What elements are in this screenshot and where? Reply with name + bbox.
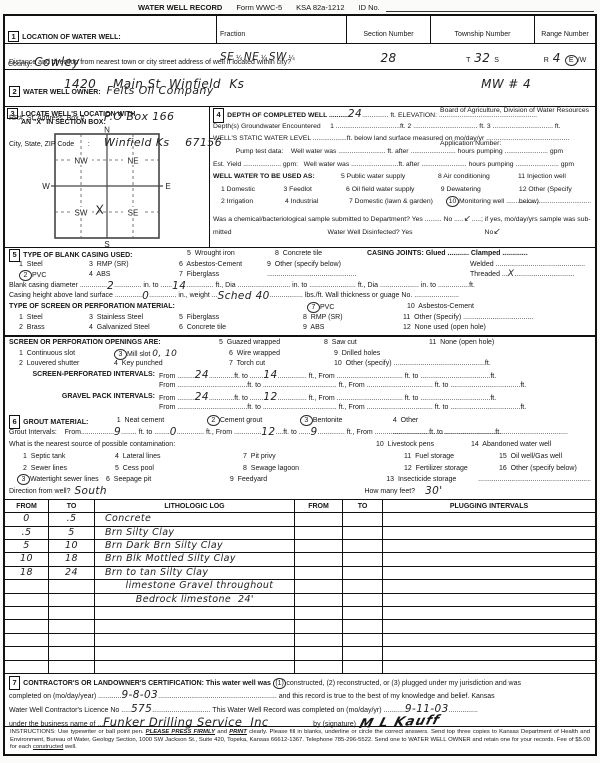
compass-e-label: E bbox=[165, 182, 170, 191]
quadrant-sw-label: SW bbox=[75, 209, 88, 218]
plug-from-header: FROM bbox=[295, 500, 343, 513]
casing-joint-threaded: Threaded ... bbox=[470, 271, 508, 278]
log-row: 1824Brn to tan Silty Clay bbox=[5, 567, 595, 580]
township-value: 32 bbox=[474, 51, 490, 65]
log-row: limestone Gravel throughout bbox=[5, 580, 595, 593]
contam-option-15: 15 Oil well/Gas well bbox=[499, 451, 562, 463]
mill-slot-size-value: 0, 10 bbox=[152, 349, 177, 359]
section5-casing: 5TYPE OF BLANK CASING USED:5 Wrought iro… bbox=[5, 248, 595, 336]
statute-ref: KSA 82a-1212 bbox=[296, 3, 344, 12]
and-text: and bbox=[215, 729, 229, 735]
screen-interval-to-value: 14 bbox=[263, 369, 277, 381]
compass-s-label: S bbox=[104, 240, 109, 248]
casing-option-5: 5 Wrought iron bbox=[187, 249, 275, 260]
gravel-pack-from-value: 24 bbox=[195, 391, 209, 403]
disinfected-no-mark: ↙ bbox=[493, 227, 501, 237]
casing-height-label: Casing height above land surface .......… bbox=[9, 291, 142, 302]
casing-option-3: 3 RMP (SR) bbox=[89, 260, 179, 271]
contam-option-5: 5 Cess pool bbox=[115, 463, 243, 475]
section-number-cell: Section Number 28 bbox=[347, 16, 431, 43]
grout-m3: ....ft. to ...... bbox=[275, 427, 310, 439]
openings-option-5: 5 Guazed wrapped bbox=[219, 338, 324, 349]
press-firmly-text: PLEASE PRESS FIRMLY bbox=[146, 729, 215, 735]
certification-line1: constructed, (2) reconstructed, or (3) p… bbox=[286, 680, 521, 687]
use-option-6: 6 Oil field water supply bbox=[346, 184, 441, 196]
log-row bbox=[5, 634, 595, 647]
range-label: Range Number bbox=[538, 31, 592, 38]
feet-value: 30' bbox=[415, 486, 442, 498]
screen-option-7-label: PVC bbox=[320, 304, 334, 311]
log-row bbox=[5, 620, 595, 633]
casing-weight-value: Sched 40 bbox=[218, 291, 270, 302]
id-no-blank bbox=[386, 3, 594, 12]
sp-from: From ......... bbox=[159, 373, 195, 380]
grout-interval-1-to: 0 bbox=[170, 427, 177, 439]
screen-openings-section: SCREEN OR PERFORATION OPENINGS ARE:5 Gua… bbox=[5, 336, 595, 415]
range-r: R bbox=[544, 57, 549, 64]
screen-intervals-blank-line: From ...................................… bbox=[159, 381, 526, 392]
grout-m1: ........ ft. to ........ bbox=[121, 427, 170, 439]
log-row bbox=[5, 607, 595, 620]
use-option-10-circled: 10 bbox=[446, 196, 459, 207]
sample-question-cont: .....; if yes, mo/day/yrs sample was sub… bbox=[472, 216, 591, 223]
contam-option-6: 6 Seepage pit bbox=[106, 474, 230, 486]
log-to-header: TO bbox=[49, 500, 95, 513]
contam-option-16: 16 Other (specify below) bbox=[499, 463, 577, 475]
form-title: WATER WELL RECORD bbox=[138, 3, 222, 12]
water-well-record-form: WATER WELL RECORD Form WWC-5 KSA 82a-121… bbox=[0, 0, 600, 756]
openings-option-7: 7 Torch cut bbox=[229, 359, 334, 370]
contam-option-7: 7 Pit privy bbox=[243, 451, 383, 463]
completed-date-value: 9-8-03 bbox=[121, 689, 158, 701]
casing-depth-value: 14 bbox=[172, 281, 186, 292]
log-row bbox=[5, 661, 595, 674]
casing-option-6: 6 Asbestos-Cement bbox=[179, 260, 267, 271]
certification-title: CONTRACTOR'S OR LANDOWNER'S CERTIFICATIO… bbox=[23, 680, 273, 687]
casing-diameter-label: Blank casing diameter .............. bbox=[9, 281, 107, 292]
gravel-pack-to-value: 12 bbox=[263, 391, 277, 403]
casing-diameter-value: 2 bbox=[107, 281, 114, 292]
section-number-label: Section Number bbox=[350, 31, 427, 38]
log-row: 510Brn Dark Brn Silty Clay bbox=[5, 540, 595, 553]
screen-option-7-circled: 7 bbox=[307, 302, 320, 313]
completed-on-label: completed on (mo/day/year) ............ bbox=[9, 693, 121, 700]
use-option-11: 11 Injection well bbox=[518, 171, 566, 183]
record-date-dots: ............... bbox=[449, 707, 478, 714]
record-completed-label: .............................. This Wate… bbox=[152, 707, 405, 714]
openings-option-3-label: Mill slot bbox=[127, 351, 150, 358]
owner-city-value: Winfield Ks 67156 bbox=[104, 136, 222, 149]
contam-option-3-label: Watertight sewer lines bbox=[30, 476, 99, 483]
use-option-12: 12 Other (Specify below) bbox=[519, 184, 592, 196]
gp-mid: .............ft. to ....... bbox=[209, 395, 263, 402]
use-option-10-label: Monitoring well ........................… bbox=[459, 198, 591, 205]
contam-option-11: 11 Fuel storage bbox=[404, 451, 499, 463]
casing-title: TYPE OF BLANK CASING USED: bbox=[23, 252, 132, 259]
sample-question-end: mitted bbox=[213, 229, 232, 236]
sp-tail: ............... ft., From ..............… bbox=[278, 373, 497, 380]
section7-certification: 7CONTRACTOR'S OR LANDOWNER'S CERTIFICATI… bbox=[5, 674, 595, 727]
contam-option-9: 9 Feedyard bbox=[230, 474, 365, 486]
form-number: Form WWC-5 bbox=[236, 3, 282, 12]
certification-line2: ........................................… bbox=[158, 693, 495, 700]
gp-tail: ............... ft., From ..............… bbox=[278, 395, 497, 402]
licence-number-value: 575 bbox=[131, 703, 152, 715]
openings-option-11: 11 None (open hole) bbox=[429, 338, 494, 349]
grout-interval-1-from: 9 bbox=[114, 427, 121, 439]
township-s: S bbox=[494, 57, 499, 64]
wall-thickness-label: ................. lbs./ft. Wall thicknes… bbox=[270, 291, 459, 302]
section1-location: 1LOCATION OF WATER WELL: County: Cowley … bbox=[5, 16, 595, 44]
grout-option-4: 4 Other ................................… bbox=[393, 415, 591, 427]
owner-name-value: Felts Oil Company bbox=[107, 84, 214, 97]
openings-option-9: 9 Drilled holes bbox=[334, 349, 380, 360]
screen-option-10: 10 Asbestos-Cement bbox=[407, 302, 474, 313]
contam-option-8: 8 Sewage lagoon bbox=[243, 463, 383, 475]
log-row bbox=[5, 647, 595, 660]
direction-value: South bbox=[70, 486, 364, 498]
casing-option-1: 1 Steel bbox=[19, 260, 89, 271]
use-option-2: 2 Irrigation bbox=[213, 196, 285, 208]
grout-option-2-label: Cement grout bbox=[220, 417, 262, 424]
section6-grout: 6GROUT MATERIAL:1 Neat cement2Cement gro… bbox=[5, 414, 595, 500]
contam-option-1: 1 Septic tank bbox=[9, 451, 115, 463]
instructions-text: INSTRUCTIONS: Use typewriter or ball poi… bbox=[10, 729, 146, 735]
openings-title: SCREEN OR PERFORATION OPENINGS ARE: bbox=[9, 338, 219, 349]
threaded-dots: ............................... bbox=[514, 271, 574, 278]
application-number-label: Application Number: bbox=[440, 138, 589, 149]
contam-option-10: 10 Livestock pens bbox=[376, 439, 471, 451]
casing-other-blank: ........................................… bbox=[267, 270, 382, 281]
range-cell: Range Number R 4 E/W bbox=[535, 16, 595, 43]
quadrant-se-label: SE bbox=[128, 209, 139, 218]
agency-name: Board of Agriculture, Division of Water … bbox=[440, 105, 589, 116]
screen-option-11: 11 Other (Specify) .....................… bbox=[403, 313, 533, 324]
use-option-5: 5 Public water supply bbox=[341, 171, 438, 183]
disinfected-question: Water Well Disinfected? Yes bbox=[232, 229, 413, 236]
screen-option-5: 5 Fiberglass bbox=[179, 313, 303, 324]
use-option-1: 1 Domestic bbox=[213, 184, 284, 196]
business-name-value: Funker Drilling Service Inc bbox=[103, 717, 313, 729]
instructions-block: INSTRUCTIONS: Use typewriter or ball poi… bbox=[5, 727, 595, 754]
gp-from: From ......... bbox=[159, 395, 195, 402]
constructed-text: constructed bbox=[33, 744, 63, 750]
sample-no-mark: ↙ bbox=[464, 214, 472, 224]
openings-option-1: 1 Continuous slot bbox=[9, 349, 114, 360]
gravel-pack-label: GRAVEL PACK INTERVALS: bbox=[9, 392, 159, 403]
casing-option-2-label: PVC bbox=[32, 272, 46, 279]
plug-to-header: TO bbox=[343, 500, 383, 513]
openings-option-2: 2 Louvered shutter bbox=[9, 359, 114, 370]
contam-option-14: 14 Abandoned water well bbox=[471, 439, 551, 451]
contam-other-blank: ........................................… bbox=[478, 474, 591, 486]
use-option-8: 8 Air conditioning bbox=[438, 171, 518, 183]
range-value: 4 bbox=[553, 51, 561, 65]
grout-m4: .............. ft., From ...............… bbox=[318, 427, 502, 439]
sample-question: Was a chemical/bacteriological sample su… bbox=[213, 216, 464, 223]
section2-owner: 2WATER WELL OWNER: Felts Oil Company RR#… bbox=[5, 70, 595, 107]
casing-option-7: 7 Fiberglass bbox=[179, 270, 267, 281]
form-title-bar: WATER WELL RECORD Form WWC-5 KSA 82a-121… bbox=[0, 0, 600, 13]
owner-address-label: RR#, St. Address, Box # : bbox=[9, 115, 104, 122]
use-option-3: 3 Feedlot bbox=[284, 184, 347, 196]
casing-height-value: 0 bbox=[142, 291, 149, 302]
use-option-7: 7 Domestic (lawn & garden) bbox=[349, 196, 446, 208]
direction-label: Direction from well? bbox=[9, 486, 70, 498]
lithologic-log-table: FROM TO LITHOLOGIC LOG FROM TO PLUGGING … bbox=[5, 500, 595, 674]
openings-option-4: 4 Key punched bbox=[114, 359, 229, 370]
screen-option-9: 9 ABS bbox=[303, 323, 403, 334]
screen-intervals-label: SCREEN-PERFORATED INTERVALS: bbox=[9, 370, 159, 381]
casing-option-9: 9 Other (specify below) bbox=[267, 260, 382, 271]
screen-option-12: 12 None used (open hole) bbox=[403, 323, 486, 334]
form-body: 1LOCATION OF WATER WELL: County: Cowley … bbox=[3, 14, 597, 756]
county-cell: 1LOCATION OF WATER WELL: County: Cowley bbox=[5, 16, 217, 43]
screen-option-8: 8 RMP (SR) bbox=[303, 313, 403, 324]
log-row: Bedrock limestone 24' bbox=[5, 594, 595, 607]
use-option-9: 9 Dewatering bbox=[441, 184, 519, 196]
disinfected-no: No bbox=[413, 229, 494, 236]
openings-option-10: 10 Other (specify) .....................… bbox=[334, 359, 491, 370]
use-label: WELL WATER TO BE USED AS: bbox=[213, 171, 341, 183]
section1-number: 1 bbox=[8, 31, 19, 42]
grout-interval-2-from: 12 bbox=[261, 427, 275, 439]
casing-joint-welded: Welded .................................… bbox=[382, 260, 585, 271]
openings-option-8: 8 Saw cut bbox=[324, 338, 429, 349]
section2-number: 2 bbox=[9, 86, 20, 97]
sp-mid: .............ft. to ....... bbox=[209, 373, 263, 380]
log-row: 1018Brn Blk Mottled Silty Clay bbox=[5, 553, 595, 566]
township-cell: Township Number T 32 S bbox=[431, 16, 535, 43]
grout-title: GROUT MATERIAL: bbox=[23, 419, 88, 426]
log-row: 0.5Concrete bbox=[5, 513, 595, 526]
how-many-feet-label: How many feet? bbox=[364, 486, 415, 498]
grout-option-3-circled: 3 bbox=[300, 415, 313, 426]
owner-address-value: P.O Box 166 bbox=[104, 110, 174, 123]
screen-option-3: 3 Stainless Steel bbox=[89, 313, 179, 324]
range-w: /W bbox=[578, 57, 587, 64]
grout-option-2-circled: 2 bbox=[207, 415, 220, 426]
casing-joints-label: CASING JOINTS: Glued ........... Clamped… bbox=[367, 249, 528, 260]
instructions-text-end: well. bbox=[63, 744, 76, 750]
grout-intervals-label: Grout Intervals: From................. bbox=[9, 427, 114, 439]
contamination-question: What is the nearest source of possible c… bbox=[9, 439, 376, 451]
constructed-circled: (1) bbox=[273, 678, 287, 689]
range-east-circled: E bbox=[565, 55, 578, 66]
fraction-cell: Fraction SE ¼ NE ¼ SW ¼ bbox=[217, 16, 347, 43]
grout-interval-2-to: 9 bbox=[310, 427, 317, 439]
township-t: T bbox=[466, 57, 470, 64]
casing-option-8: 8 Concrete tile bbox=[275, 249, 367, 260]
contam-option-12: 12 Fertilizer storage bbox=[404, 463, 499, 475]
township-label: Township Number bbox=[434, 31, 531, 38]
screen-option-2: 2 Brass bbox=[19, 323, 89, 334]
log-header-row: FROM TO LITHOLOGIC LOG FROM TO PLUGGING … bbox=[5, 500, 595, 513]
print-text: PRINT bbox=[229, 729, 247, 735]
log-row: .55Brn Silty Clay bbox=[5, 527, 595, 540]
screen-option-1: 1 Steel bbox=[19, 313, 89, 324]
licence-label: Water Well Contractor's Licence No ..... bbox=[9, 707, 131, 714]
contam-option-4: 4 Lateral lines bbox=[115, 451, 243, 463]
gravel-pack-blank-line: From ...................................… bbox=[159, 403, 526, 414]
signature-label: by (signature) bbox=[313, 721, 356, 728]
grout-option-1: 1 Neat cement bbox=[117, 415, 207, 427]
use-option-4: 4 Industrial bbox=[285, 196, 349, 208]
log-from-header: FROM bbox=[5, 500, 49, 513]
screen-interval-from-value: 24 bbox=[195, 369, 209, 381]
grout-option-3-label: Bentonite bbox=[313, 417, 343, 424]
section-number-value: 28 bbox=[350, 52, 427, 64]
fraction-label: Fraction bbox=[220, 31, 343, 38]
screen-material-title: TYPE OF SCREEN OR PERFORATION MATERIAL: bbox=[9, 302, 307, 313]
openings-option-6: 6 Wire wrapped bbox=[229, 349, 334, 360]
owner-title: WATER WELL OWNER: bbox=[23, 89, 101, 96]
id-no-label: ID No. bbox=[359, 3, 380, 12]
contam-option-3-circled: 3 bbox=[17, 474, 30, 485]
well-location-x-mark: X bbox=[93, 201, 106, 217]
casing-weight-label: .............. in., weight ... bbox=[149, 291, 217, 302]
screen-option-6: 6 Concrete tile bbox=[179, 323, 303, 334]
section7-number: 7 bbox=[9, 676, 20, 690]
business-name-label: under the business name of ... bbox=[9, 721, 103, 728]
lithologic-log-header: LITHOLOGIC LOG bbox=[95, 500, 295, 513]
casing-option-2-circled: 2 bbox=[19, 270, 32, 281]
casing-option-4: 4 ABS bbox=[89, 270, 179, 281]
screen-option-4: 4 Galvanized Steel bbox=[89, 323, 179, 334]
contam-option-2: 2 Sewer lines bbox=[9, 463, 115, 475]
compass-w-label: W bbox=[42, 182, 50, 191]
openings-option-3-circled: 3 bbox=[114, 349, 127, 360]
owner-city-label: City, State, ZIP Code : bbox=[9, 141, 104, 148]
grout-m2: .............. ft., From .............. bbox=[177, 427, 261, 439]
section1-title: LOCATION OF WATER WELL: bbox=[22, 34, 121, 41]
plugging-intervals-header: PLUGGING INTERVALS bbox=[383, 500, 595, 513]
